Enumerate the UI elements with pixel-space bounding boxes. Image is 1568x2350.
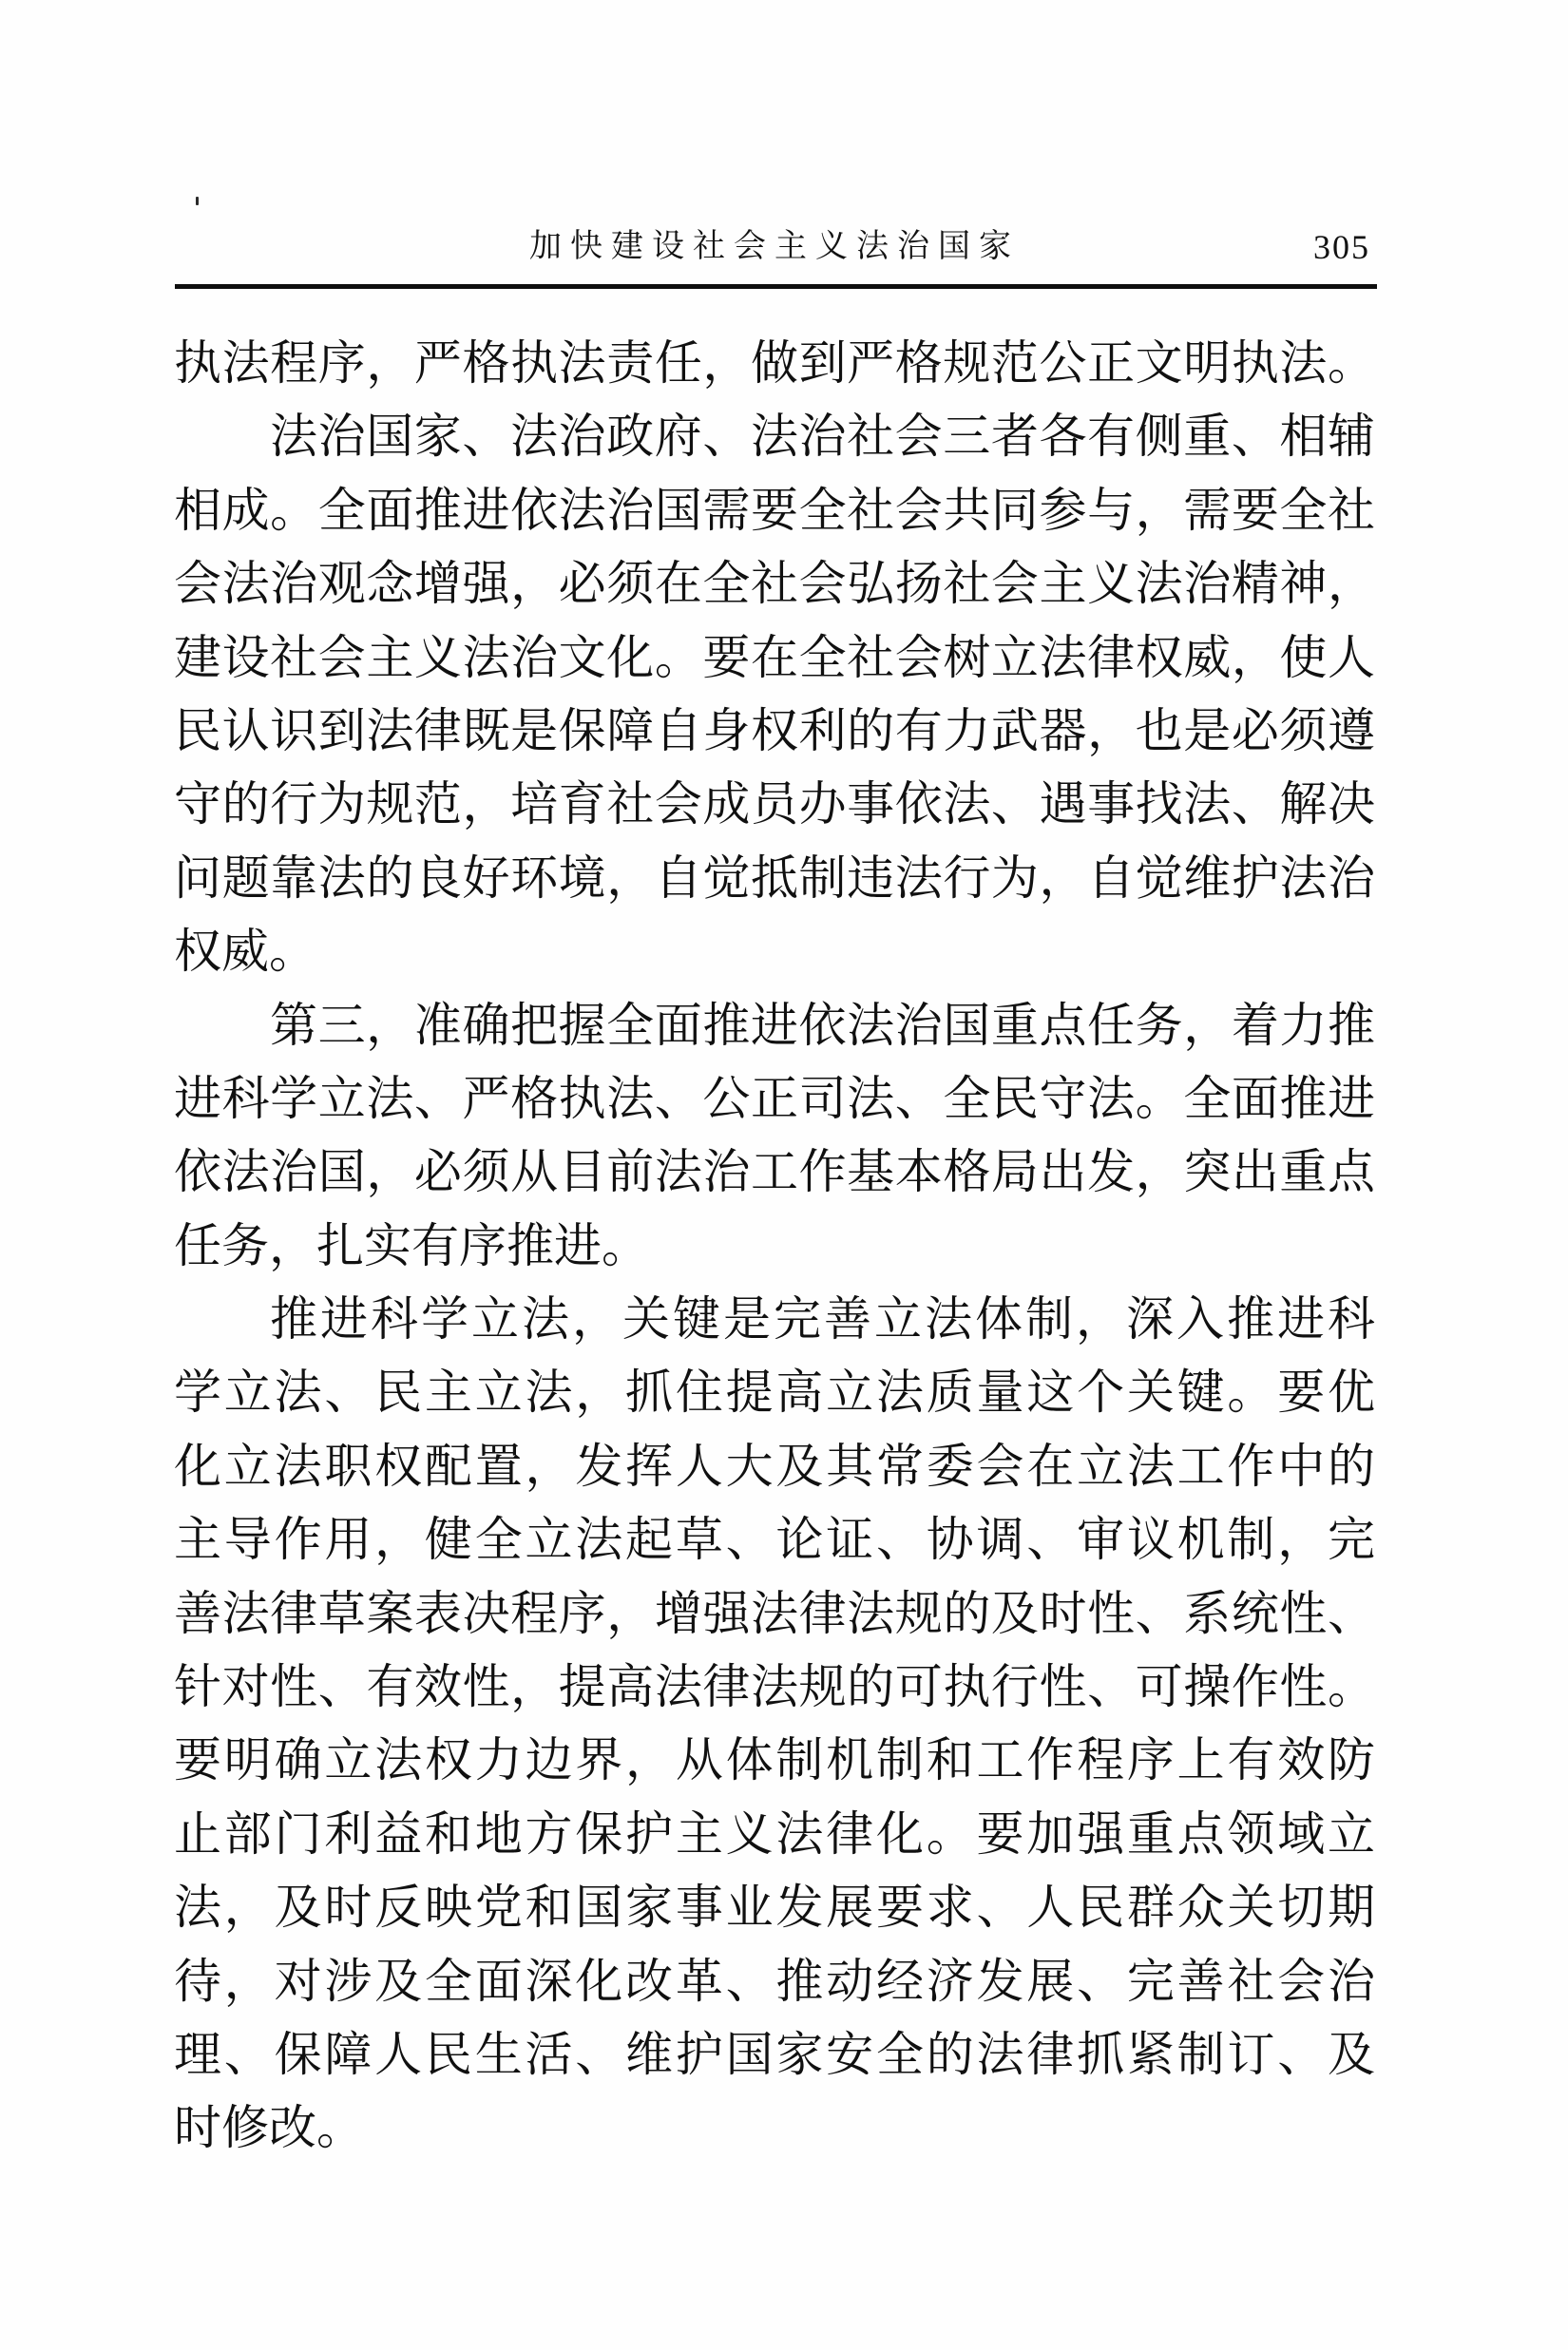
text-line: 法治国家、法治政府、法治社会三者各有侧重、相辅 <box>174 400 1375 473</box>
header-rule <box>175 284 1377 289</box>
text-line: 学立法、民主立法，抓住提高立法质量这个关键。要优 <box>174 1356 1375 1429</box>
text-line: 执法程序，严格执法责任，做到严格规范公正文明执法。 <box>174 327 1375 400</box>
text-line: 针对性、有效性，提高法律法规的可执行性、可操作性。 <box>174 1651 1375 1724</box>
text-line: 理、保障人民生活、维护国家安全的法律抓紧制订、及 <box>174 2018 1375 2092</box>
text-line: 善法律草案表决程序，增强法律法规的及时性、系统性、 <box>174 1577 1375 1651</box>
text-line: 权威。 <box>174 915 1375 988</box>
body-text: 执法程序，严格执法责任，做到严格规范公正文明执法。法治国家、法治政府、法治社会三… <box>174 327 1375 2166</box>
text-line: 止部门利益和地方保护主义法律化。要加强重点领域立 <box>174 1798 1375 1871</box>
text-line: 任务，扎实有序推进。 <box>174 1210 1375 1283</box>
text-line: 相成。全面推进依法治国需要全社会共同参与，需要全社 <box>174 474 1375 547</box>
text-line: 法，及时反映党和国家事业发展要求、人民群众关切期 <box>174 1871 1375 1944</box>
text-line: 依法治国，必须从目前法治工作基本格局出发，突出重点 <box>174 1136 1375 1209</box>
book-page: 加快建设社会主义法治国家 305 执法程序，严格执法责任，做到严格规范公正文明执… <box>0 0 1568 2350</box>
running-header-title: 加快建设社会主义法治国家 <box>174 228 1375 266</box>
text-line: 主导作用，健全立法起草、论证、协调、审议机制，完 <box>174 1503 1375 1576</box>
text-line: 推进科学立法，关键是完善立法体制，深入推进科 <box>174 1283 1375 1356</box>
text-line: 守的行为规范，培育社会成员办事依法、遇事找法、解决 <box>174 768 1375 841</box>
text-line: 问题靠法的良好环境，自觉抵制违法行为，自觉维护法治 <box>174 842 1375 915</box>
page-number: 305 <box>1313 228 1370 266</box>
text-line: 会法治观念增强，必须在全社会弘扬社会主义法治精神， <box>174 547 1375 621</box>
text-line: 民认识到法律既是保障自身权利的有力武器，也是必须遵 <box>174 695 1375 768</box>
text-line: 时修改。 <box>174 2092 1375 2165</box>
text-line: 化立法职权配置，发挥人大及其常委会在立法工作中的 <box>174 1430 1375 1503</box>
ink-speck <box>196 197 199 205</box>
text-line: 第三，准确把握全面推进依法治国重点任务，着力推 <box>174 989 1375 1062</box>
text-line: 要明确立法权力边界，从体制机制和工作程序上有效防 <box>174 1724 1375 1797</box>
text-line: 进科学立法、严格执法、公正司法、全民守法。全面推进 <box>174 1062 1375 1136</box>
text-line: 待，对涉及全面深化改革、推动经济发展、完善社会治 <box>174 1945 1375 2018</box>
text-line: 建设社会主义法治文化。要在全社会树立法律权威，使人 <box>174 621 1375 695</box>
